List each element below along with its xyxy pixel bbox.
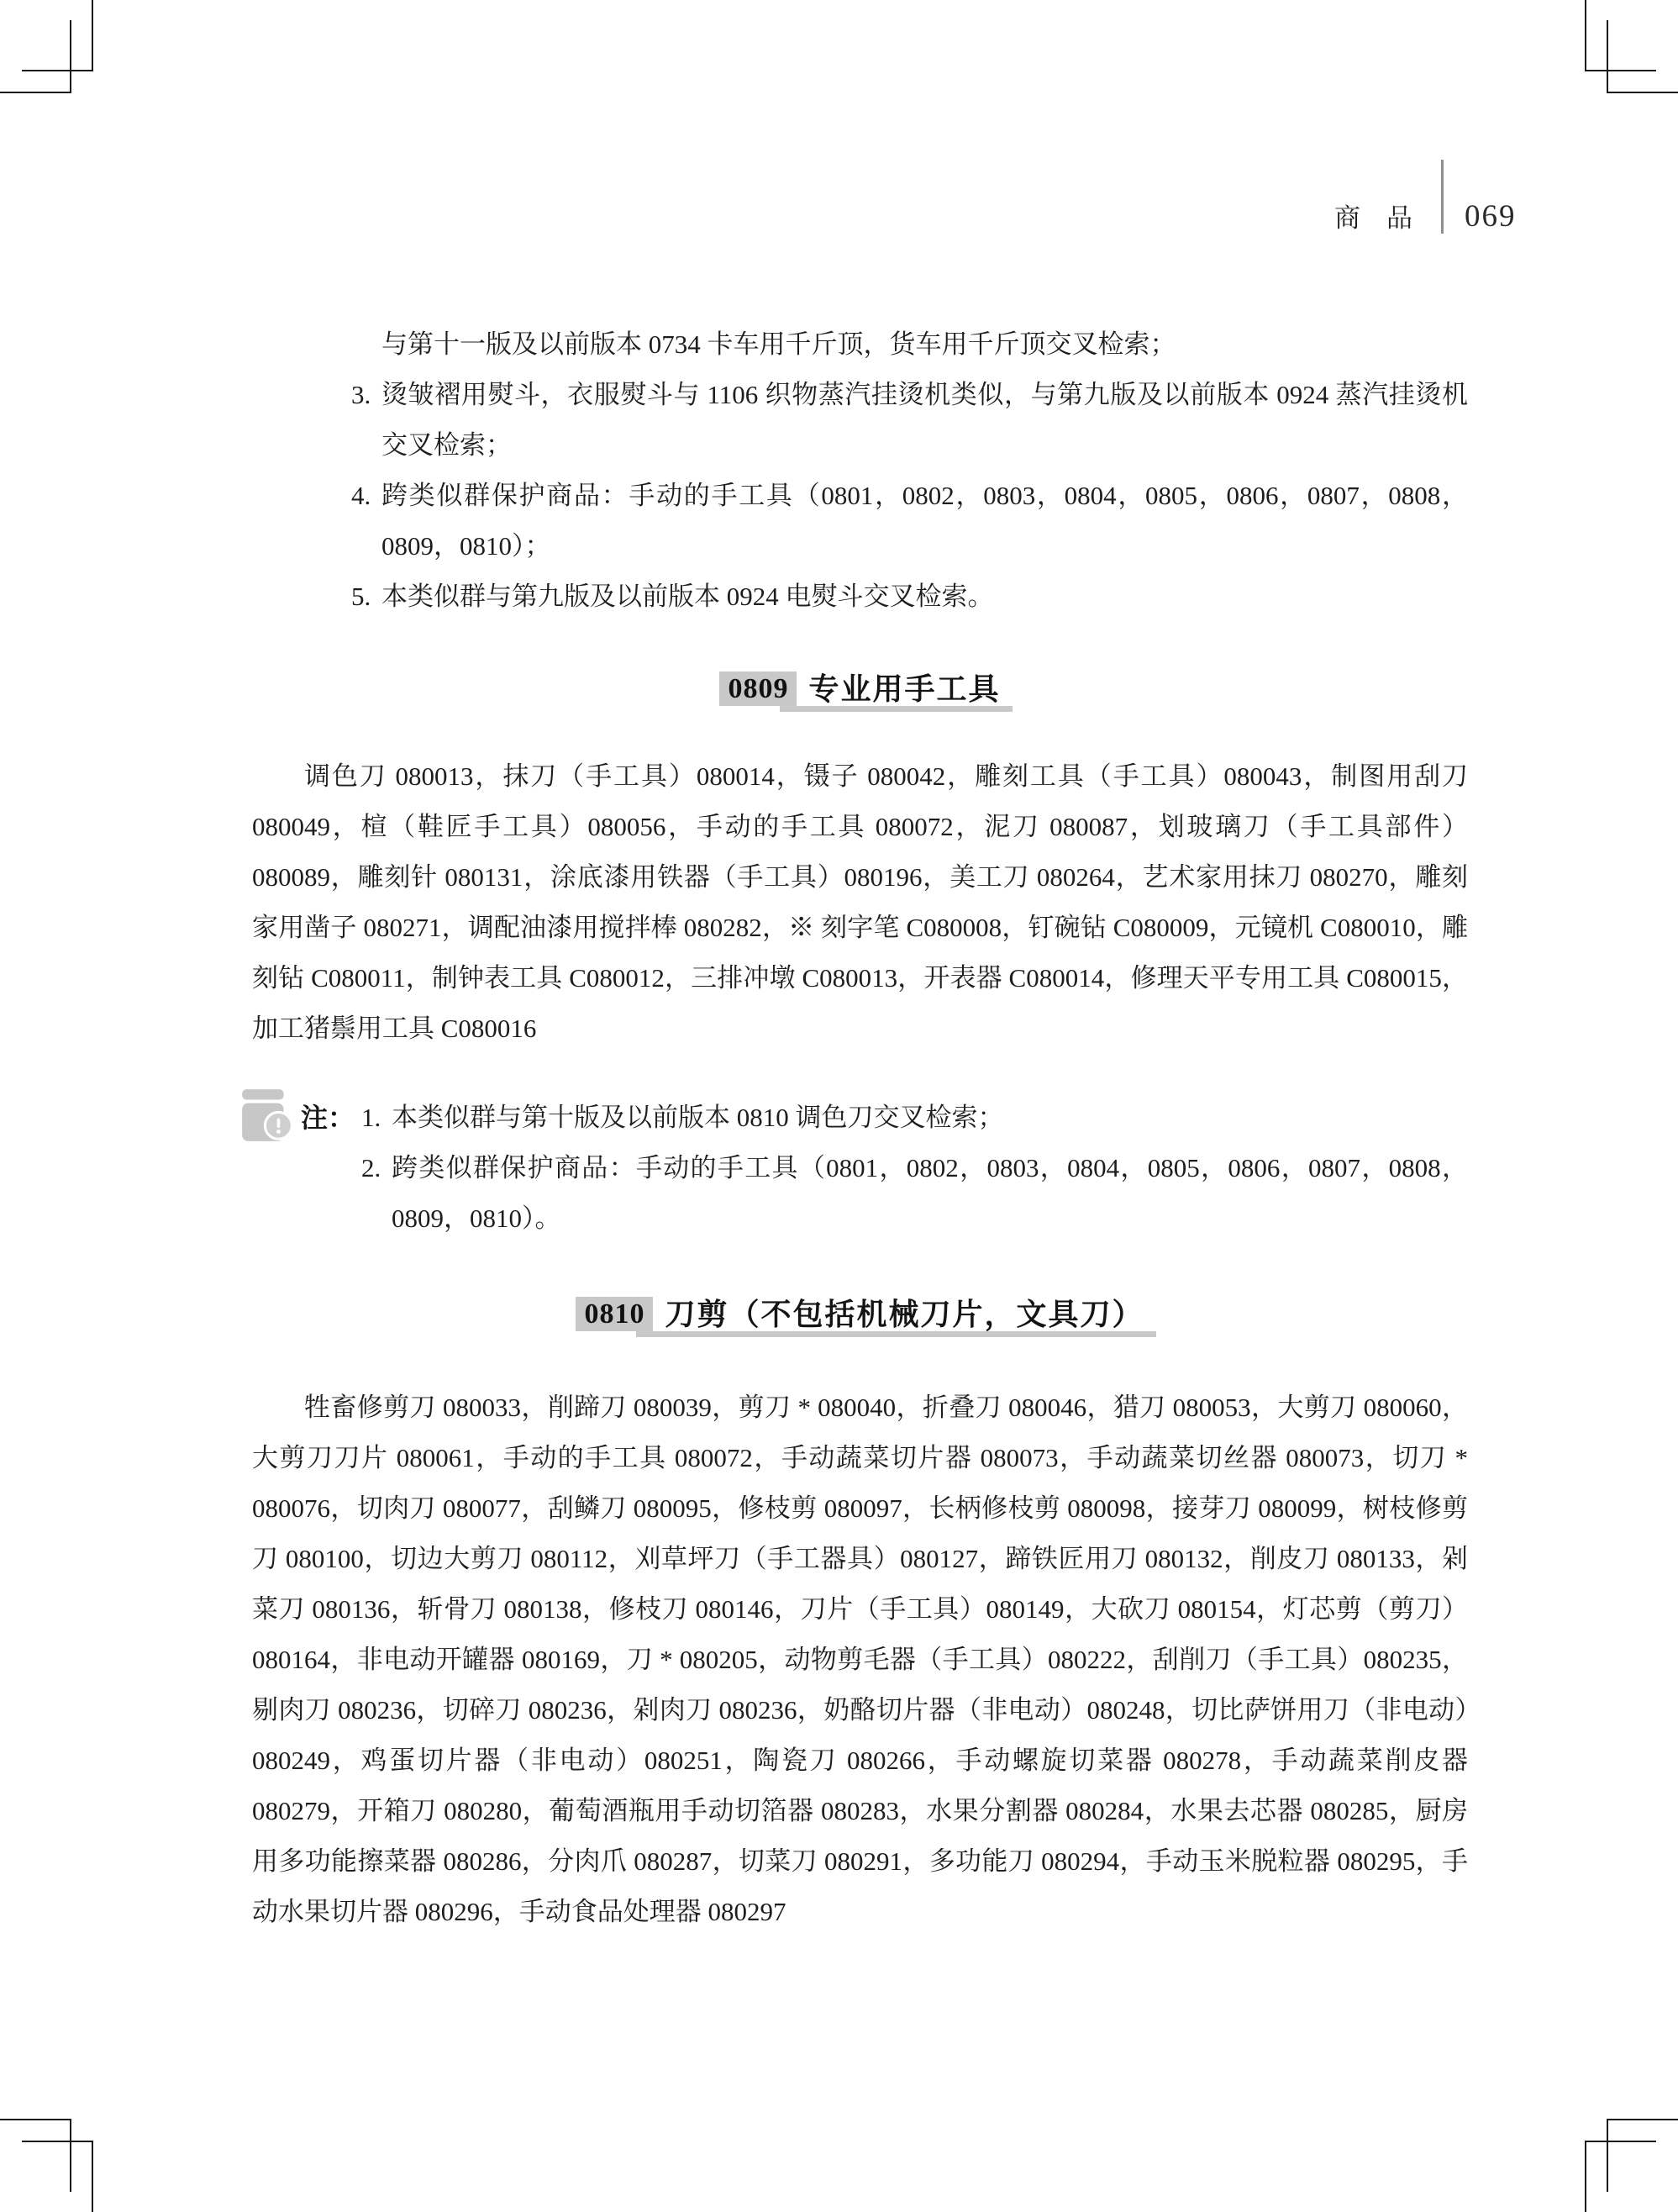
- section-0809-goods-paragraph: 调色刀 080013，抹刀（手工具）080014，镊子 080042，雕刻工具（…: [252, 751, 1468, 1054]
- section-0809-heading: 0809 专业用手工具: [252, 671, 1468, 706]
- crop-mark-bottom-left-icon: [0, 2111, 101, 2212]
- page-number: 069: [1465, 201, 1517, 232]
- cross-search-notes-list: 与第十一版及以前版本 0734 卡车用千斤顶，货车用千斤顶交叉检索； 3. 烫皱…: [252, 319, 1468, 622]
- list-item-3: 3. 烫皱褶用熨斗，衣服熨斗与 1106 织物蒸汽挂烫机类似，与第九版及以前版本…: [351, 370, 1468, 471]
- list-item-5: 5. 本类似群与第九版及以前版本 0924 电熨斗交叉检索。: [351, 571, 1468, 622]
- section-0809-code-badge: 0809: [719, 671, 797, 706]
- section-0810-code-badge: 0810: [576, 1297, 653, 1331]
- note-item-text: 跨类似群保护商品：手动的手工具（0801，0802，0803，0804，0805…: [392, 1153, 1468, 1233]
- section-0809-notes-list: 1. 本类似群与第十版及以前版本 0810 调色刀交叉检索； 2. 跨类似群保护…: [252, 1093, 1468, 1244]
- section-0810-goods-paragraph: 牲畜修剪刀 080033，削蹄刀 080039，剪刀 * 080040，折叠刀 …: [252, 1382, 1468, 1937]
- list-item-text: 跨类似群保护商品：手动的手工具（0801，0802，0803，0804，0805…: [381, 481, 1468, 561]
- note-book-exclamation-icon: [237, 1088, 297, 1143]
- section-0810-heading: 0810 刀剪（不包括机械刀片，文具刀）: [252, 1297, 1468, 1331]
- section-0810-heading-inner: 0810 刀剪（不包括机械刀片，文具刀）: [576, 1297, 1144, 1331]
- list-item-4: 4. 跨类似群保护商品：手动的手工具（0801，0802，0803，0804，0…: [351, 471, 1468, 571]
- note-item-1: 1. 本类似群与第十版及以前版本 0810 调色刀交叉检索；: [361, 1093, 1468, 1143]
- note-item-number: 2.: [361, 1143, 381, 1193]
- section-0810-title: 刀剪（不包括机械刀片，文具刀）: [665, 1297, 1144, 1331]
- note-label: 注：: [301, 1093, 355, 1143]
- list-item-continuation: 与第十一版及以前版本 0734 卡车用千斤顶，货车用千斤顶交叉检索；: [351, 319, 1468, 370]
- list-item-number: 3.: [351, 370, 371, 420]
- note-item-number: 1.: [361, 1093, 381, 1143]
- book-page: 商 品 069 与第十一版及以前版本 0734 卡车用千斤顶，货车用千斤顶交叉检…: [0, 0, 1678, 2212]
- list-item-text: 与第十一版及以前版本 0734 卡车用千斤顶，货车用千斤顶交叉检索；: [381, 329, 1176, 359]
- crop-mark-top-right-icon: [1577, 0, 1678, 101]
- note-item-2: 2. 跨类似群保护商品：手动的手工具（0801，0802，0803，0804，0…: [361, 1143, 1468, 1244]
- crop-mark-bottom-right-icon: [1577, 2111, 1678, 2212]
- section-0809-title: 专业用手工具: [808, 671, 1000, 706]
- page-content: 与第十一版及以前版本 0734 卡车用千斤顶，货车用千斤顶交叉检索； 3. 烫皱…: [252, 0, 1468, 2212]
- list-item-text: 烫皱褶用熨斗，衣服熨斗与 1106 织物蒸汽挂烫机类似，与第九版及以前版本 09…: [381, 380, 1468, 460]
- list-item-number: 4.: [351, 471, 371, 521]
- note-block: 注： 1. 本类似群与第十版及以前版本 0810 调色刀交叉检索； 2. 跨类似…: [252, 1093, 1468, 1244]
- crop-mark-top-left-icon: [0, 0, 101, 101]
- section-0809-heading-inner: 0809 专业用手工具: [719, 671, 1000, 706]
- note-item-text: 本类似群与第十版及以前版本 0810 调色刀交叉检索；: [392, 1103, 1004, 1132]
- list-item-text: 本类似群与第九版及以前版本 0924 电熨斗交叉检索。: [381, 582, 994, 611]
- list-item-number: 5.: [351, 571, 371, 622]
